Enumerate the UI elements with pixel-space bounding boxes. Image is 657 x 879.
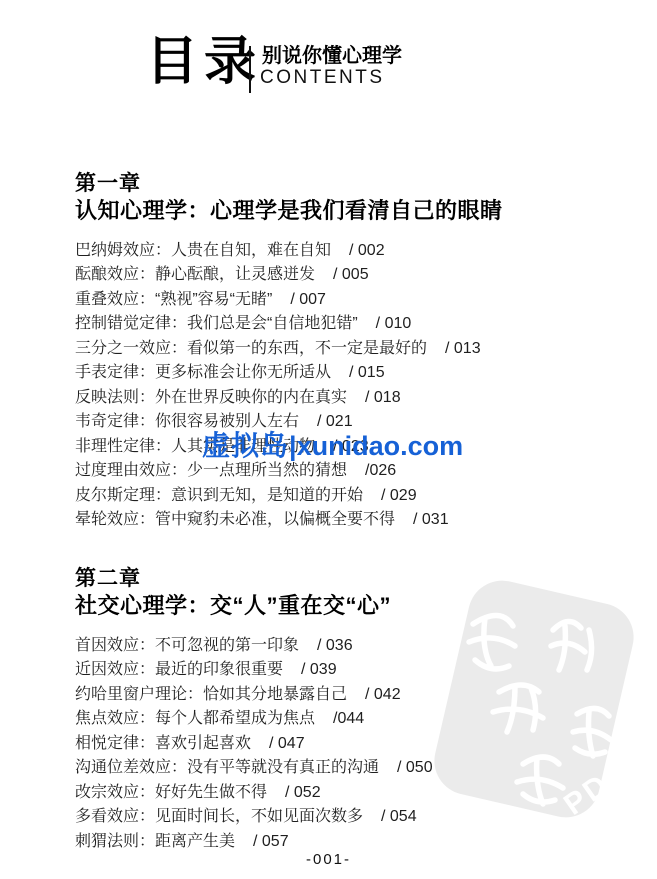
- seal-watermark: PDG: [425, 572, 657, 844]
- toc-item-title: 皮尔斯定理：意识到无知，是知道的开始: [75, 487, 363, 504]
- toc-item-title: 相悦定律：喜欢引起喜欢: [75, 735, 251, 752]
- site-watermark-latin: |xunidao.com: [289, 431, 463, 461]
- contents-label: CONTENTS: [260, 68, 385, 88]
- toc-item: 三分之一效应：看似第一的东西，不一定是最好的/ 013: [75, 337, 627, 361]
- chapter-1-item-list: 巴纳姆效应：人贵在自知，难在自知/ 002酝酿效应：静心酝酿，让灵感迸发/ 00…: [75, 239, 627, 532]
- toc-item-page: / 042: [365, 686, 401, 703]
- toc-item-page: / 054: [381, 808, 417, 825]
- toc-item-page: / 010: [376, 315, 412, 332]
- toc-item: 晕轮效应：管中窥豹未必准，以偏概全要不得/ 031: [75, 508, 627, 532]
- chapter-1-title: 认知心理学：心理学是我们看清自己的眼睛: [75, 197, 627, 225]
- toc-item-title: 三分之一效应：看似第一的东西，不一定是最好的: [75, 340, 427, 357]
- toc-item-title: 约哈里窗户理论：恰如其分地暴露自己: [75, 686, 347, 703]
- toc-item-page: / 007: [290, 291, 326, 308]
- book-title-bold: 心理学: [342, 45, 402, 67]
- toc-item-page: / 005: [333, 266, 369, 283]
- toc-item: 控制错觉定律：我们总是会“自信地犯错”/ 010: [75, 312, 627, 336]
- toc-item-title: 手表定律：更多标准会让你无所适从: [75, 364, 331, 381]
- toc-item: 手表定律：更多标准会让你无所适从/ 015: [75, 361, 627, 385]
- book-title-regular: 别说你懂: [262, 45, 342, 67]
- toc-item-title: 焦点效应：每个人都希望成为焦点: [75, 710, 315, 727]
- toc-item-page: / 052: [285, 784, 321, 801]
- toc-item-title: 过度理由效应：少一点理所当然的猜想: [75, 462, 347, 479]
- book-title: 别说你懂心理学: [262, 45, 402, 67]
- toc-item-title: 重叠效应：“熟视”容易“无睹”: [75, 291, 272, 308]
- toc-item-page: / 047: [269, 735, 305, 752]
- toc-item-page: / 018: [365, 389, 401, 406]
- toc-item-page: / 031: [413, 511, 449, 528]
- toc-item-title: 晕轮效应：管中窥豹未必准，以偏概全要不得: [75, 511, 395, 528]
- toc-item: 酝酿效应：静心酝酿，让灵感迸发/ 005: [75, 263, 627, 287]
- toc-item-title: 多看效应：见面时间长，不如见面次数多: [75, 808, 363, 825]
- toc-item-title: 控制错觉定律：我们总是会“自信地犯错”: [75, 315, 358, 332]
- book-toc-page: 目录 别说你懂心理学 CONTENTS 第一章 认知心理学：心理学是我们看清自己…: [0, 0, 657, 879]
- toc-item-page: / 015: [349, 364, 385, 381]
- toc-item-title: 巴纳姆效应：人贵在自知，难在自知: [75, 242, 331, 259]
- toc-item-title: 改宗效应：好好先生做不得: [75, 784, 267, 801]
- toc-item-title: 酝酿效应：静心酝酿，让灵感迸发: [75, 266, 315, 283]
- chapter-1-section: 第一章 认知心理学：心理学是我们看清自己的眼睛 巴纳姆效应：人贵在自知，难在自知…: [75, 170, 627, 532]
- page-number: -001-: [0, 851, 657, 868]
- site-watermark: 虚拟岛|xunidao.com: [202, 424, 463, 464]
- toc-title: 目录: [146, 34, 262, 90]
- toc-item-page: /044: [333, 710, 364, 727]
- toc-item: 皮尔斯定理：意识到无知，是知道的开始/ 029: [75, 484, 627, 508]
- toc-item: 重叠效应：“熟视”容易“无睹”/ 007: [75, 288, 627, 312]
- toc-item-page: / 002: [349, 242, 385, 259]
- toc-item-page: /026: [365, 462, 396, 479]
- toc-item-title: 近因效应：最近的印象很重要: [75, 661, 283, 678]
- toc-item-page: / 036: [317, 637, 353, 654]
- site-watermark-cn: 虚拟岛: [202, 430, 289, 461]
- toc-item-page: / 029: [381, 487, 417, 504]
- chapter-1-number: 第一章: [75, 170, 627, 197]
- toc-item-page: / 013: [445, 340, 481, 357]
- toc-item-title: 反映法则：外在世界反映你的内在真实: [75, 389, 347, 406]
- toc-item-page: / 057: [253, 833, 289, 850]
- toc-item-title: 沟通位差效应：没有平等就没有真正的沟通: [75, 759, 379, 776]
- toc-item: 巴纳姆效应：人贵在自知，难在自知/ 002: [75, 239, 627, 263]
- toc-item-title: 刺猬法则：距离产生美: [75, 833, 235, 850]
- header-divider: [249, 46, 251, 93]
- toc-item: 反映法则：外在世界反映你的内在真实/ 018: [75, 386, 627, 410]
- toc-item-title: 首因效应：不可忽视的第一印象: [75, 637, 299, 654]
- toc-item-page: / 039: [301, 661, 337, 678]
